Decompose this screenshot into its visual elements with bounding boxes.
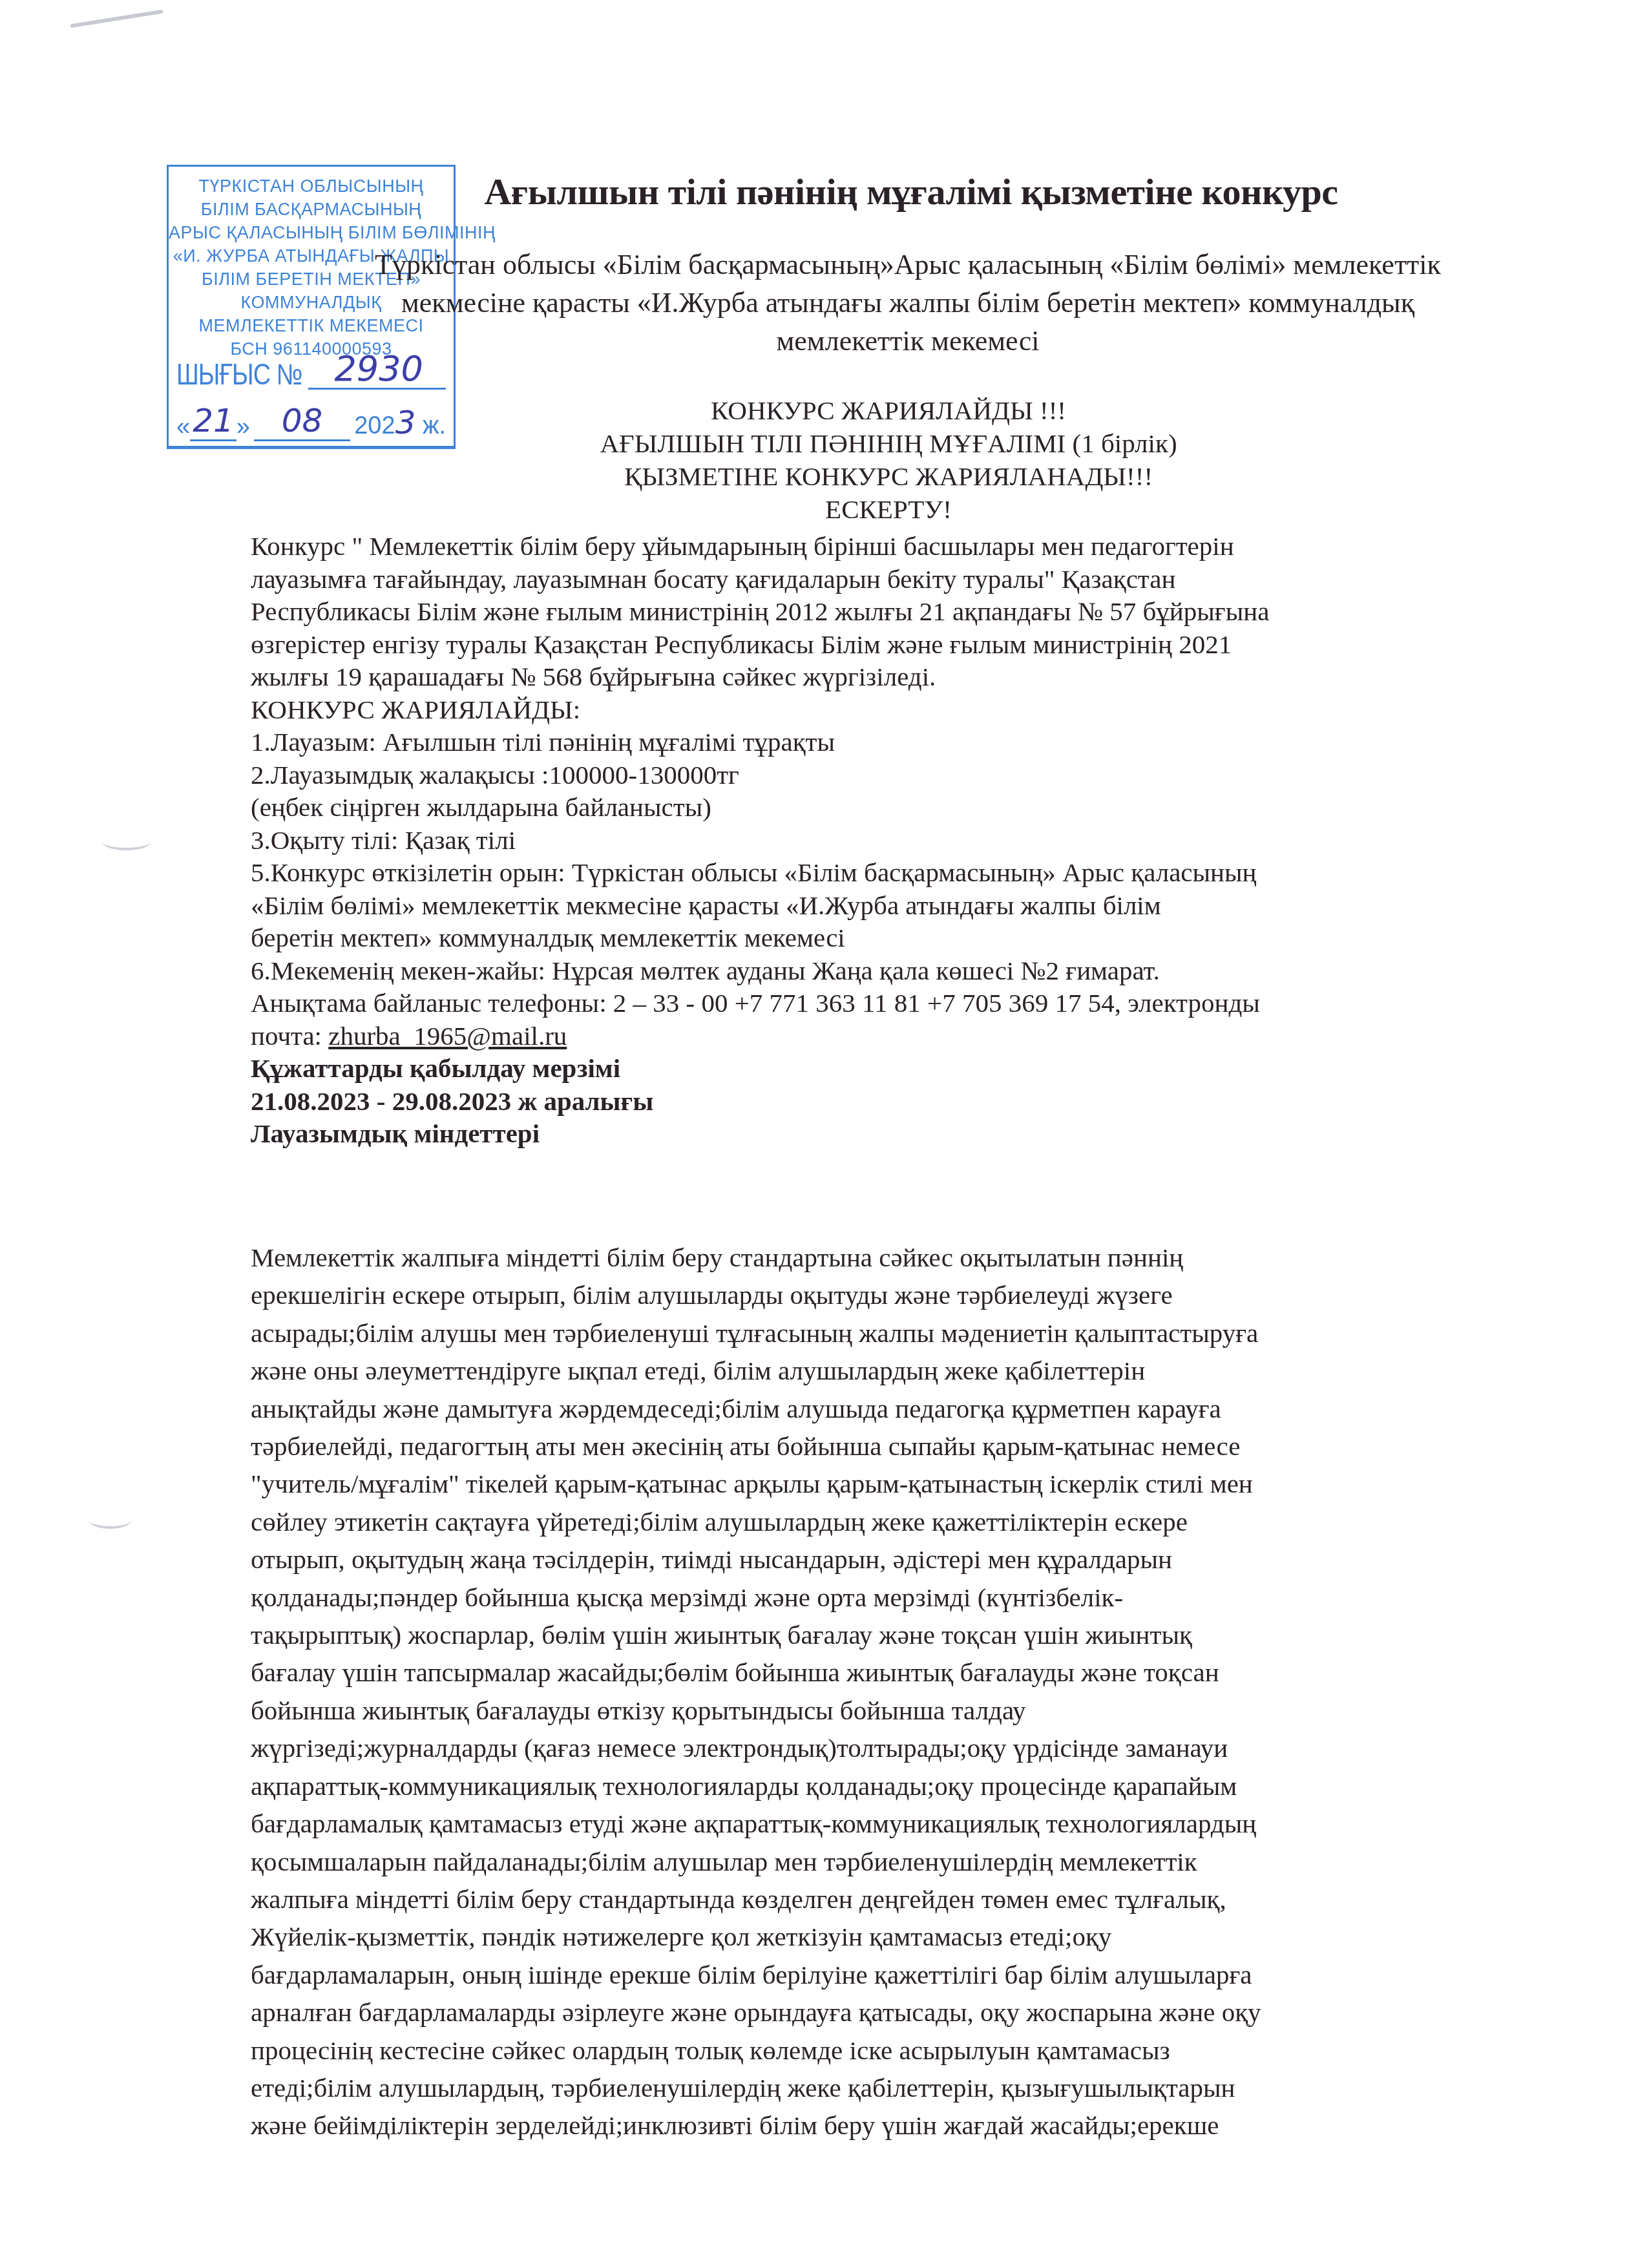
document-title: Ағылшын тілі пәнінің мұғалімі қызметіне … bbox=[362, 169, 1460, 215]
duties-line: бағалау үшін тапсырмалар жасайды;бөлім б… bbox=[251, 1654, 1517, 1691]
note-line: Республикасы Білім және ғылым министріні… bbox=[251, 595, 1517, 628]
email-label: почта: bbox=[251, 1021, 328, 1051]
note-line: жылғы 19 қарашадағы № 568 бұйрығына сәйк… bbox=[251, 660, 1517, 693]
item-venue-line: «Білім бөлімі» мемлекеттік мекмесіне қар… bbox=[251, 889, 1517, 922]
intro-line: мемлекеттік мекемесі bbox=[278, 322, 1538, 360]
item-email: почта: zhurba_1965@mail.ru bbox=[251, 1020, 1517, 1053]
binder-hole-mark bbox=[102, 834, 151, 850]
duties-line: етеді;білім алушылардың, тәрбиеленушілер… bbox=[251, 2069, 1517, 2106]
item-phones: Анықтама байланыс телефоны: 2 – 33 - 00 … bbox=[251, 987, 1517, 1020]
deadline-range: 21.08.2023 - 29.08.2023 ж аралығы bbox=[251, 1085, 1517, 1118]
duties-line: анықтайды және дамытуға жәрдемдеседі;біл… bbox=[251, 1390, 1517, 1427]
duties-text: Мемлекеттік жалпыға міндетті білім беру … bbox=[251, 1239, 1517, 2145]
date-quote-open: « bbox=[176, 414, 190, 441]
duties-line: тақырыптық) жоспарлар, бөлім үшін жиынты… bbox=[251, 1616, 1517, 1654]
announce-label: КОНКУРС ЖАРИЯЛАЙДЫ: bbox=[251, 693, 1517, 726]
outgoing-label: ШЫҒЫС № bbox=[176, 359, 302, 393]
duties-line: бағдарламаларын, оның ішінде ерекше білі… bbox=[251, 1956, 1517, 1993]
duties-line: Мемлекеттік жалпыға міндетті білім беру … bbox=[251, 1239, 1517, 1276]
duties-line: сөйлеу этикетін сақтауға үйретеді;білім … bbox=[251, 1503, 1517, 1540]
note-line: Конкурс " Мемлекеттік білім беру ұйымдар… bbox=[251, 530, 1517, 563]
intro-line: Түркістан облысы «Білім басқармасының»Ар… bbox=[278, 246, 1538, 284]
duties-line: қосымшаларын пайдаланады;білім алушылар … bbox=[251, 1843, 1517, 1880]
duties-line: асырады;білім алушы мен тәрбиеленуші тұл… bbox=[251, 1314, 1517, 1352]
announcement-line: ҚЫЗМЕТІНЕ КОНКУРС ЖАРИЯЛАНАДЫ!!! bbox=[258, 460, 1518, 493]
note-line: өзгерістер енгізу туралы Қазақстан Респу… bbox=[251, 628, 1517, 661]
duties-line: жалпыға міндетті білім беру стандартында… bbox=[251, 1880, 1517, 1918]
duties-line: ерекшелігін ескере отырып, білім алушыла… bbox=[251, 1276, 1517, 1314]
date-day-handwritten: 21 bbox=[190, 402, 236, 441]
duties-line: ақпараттық-коммуникациялық технологиялар… bbox=[251, 1767, 1517, 1805]
item-salary-note: (еңбек сіңірген жылдарына байланысты) bbox=[251, 791, 1517, 824]
item-language: 3.Оқыту тілі: Қазақ тілі bbox=[251, 824, 1517, 857]
duties-line: және бейімділіктерін зерделейді;инклюзив… bbox=[251, 2106, 1517, 2144]
scanned-document-page: ТҮРКІСТАН ОБЛЫСЫНЫҢ БІЛІМ БАСҚАРМАСЫНЫҢ … bbox=[0, 0, 1649, 2268]
email-link[interactable]: zhurba_1965@mail.ru bbox=[328, 1021, 567, 1051]
note-line: лауазымға тағайындау, лауазымнан босату … bbox=[251, 563, 1517, 596]
duties-line: Жүйелік-қызметтік, пәндік нәтижелерге қо… bbox=[251, 1918, 1517, 1955]
stamp-line: АРЫС ҚАЛАСЫНЫҢ БІЛІМ БӨЛІМІНІҢ bbox=[169, 221, 454, 244]
document-body: Конкурс " Мемлекеттік білім беру ұйымдар… bbox=[251, 530, 1517, 1150]
item-venue-line: 5.Конкурс өткізілетін орын: Түркістан об… bbox=[251, 856, 1517, 889]
announcement-line: КОНКУРС ЖАРИЯЛАЙДЫ !!! bbox=[258, 394, 1518, 427]
duties-line: процесінің кестесіне сәйкес олардың толы… bbox=[251, 2032, 1517, 2069]
duties-line: арналған бағдарламаларды әзірлеуге және … bbox=[251, 1993, 1517, 2031]
duties-line: қолданады;пәндер бойынша қысқа мерзімді … bbox=[251, 1579, 1517, 1616]
duties-line: тәрбиелейді, педагогтың аты мен әкесінің… bbox=[251, 1427, 1517, 1465]
intro-line: мекмесіне қарасты «И.Журба атындағы жалп… bbox=[278, 284, 1538, 322]
announcement-headings: КОНКУРС ЖАРИЯЛАЙДЫ !!! АҒЫЛШЫН ТІЛІ ПӘНІ… bbox=[258, 394, 1518, 526]
organization-intro: Түркістан облысы «Білім басқармасының»Ар… bbox=[278, 246, 1538, 360]
item-position: 1.Лауазым: Ағылшын тілі пәнінің мұғалімі… bbox=[251, 726, 1517, 759]
duties-heading: Лауазымдық міндеттері bbox=[251, 1117, 1517, 1150]
duties-line: бағдарламалық қамтамасыз етуді және ақпа… bbox=[251, 1805, 1517, 1842]
warning-heading: ЕСКЕРТУ! bbox=[258, 493, 1518, 526]
binder-hole-mark bbox=[89, 1512, 131, 1529]
date-quote-close: » bbox=[236, 414, 250, 441]
duties-line: отырып, оқытудың жаңа тәсілдерін, тиімді… bbox=[251, 1540, 1517, 1578]
item-salary: 2.Лауазымдық жалақысы :100000-130000тг bbox=[251, 759, 1517, 792]
duties-line: және оны әлеуметтендіруге ықпал етеді, б… bbox=[251, 1352, 1517, 1389]
duties-line: жүргізеді;журналдарды (қағаз немесе элек… bbox=[251, 1729, 1517, 1767]
deadline-heading: Құжаттарды қабылдау мерзімі bbox=[251, 1052, 1517, 1085]
announcement-line: АҒЫЛШЫН ТІЛІ ПӘНІНІҢ МҰҒАЛІМІ (1 бірлік) bbox=[258, 427, 1518, 460]
item-venue-line: беретін мектеп» коммуналдық мемлекеттік … bbox=[251, 921, 1517, 954]
duties-line: бойынша жиынтық бағалауды өткізу қорытын… bbox=[251, 1692, 1517, 1729]
item-address: 6.Мекеменің мекен-жайы: Нұрсая мөлтек ау… bbox=[251, 954, 1517, 987]
scan-artifact-mark bbox=[70, 10, 163, 28]
duties-line: "учитель/мұғалім" тікелей қарым-қатынас … bbox=[251, 1465, 1517, 1502]
